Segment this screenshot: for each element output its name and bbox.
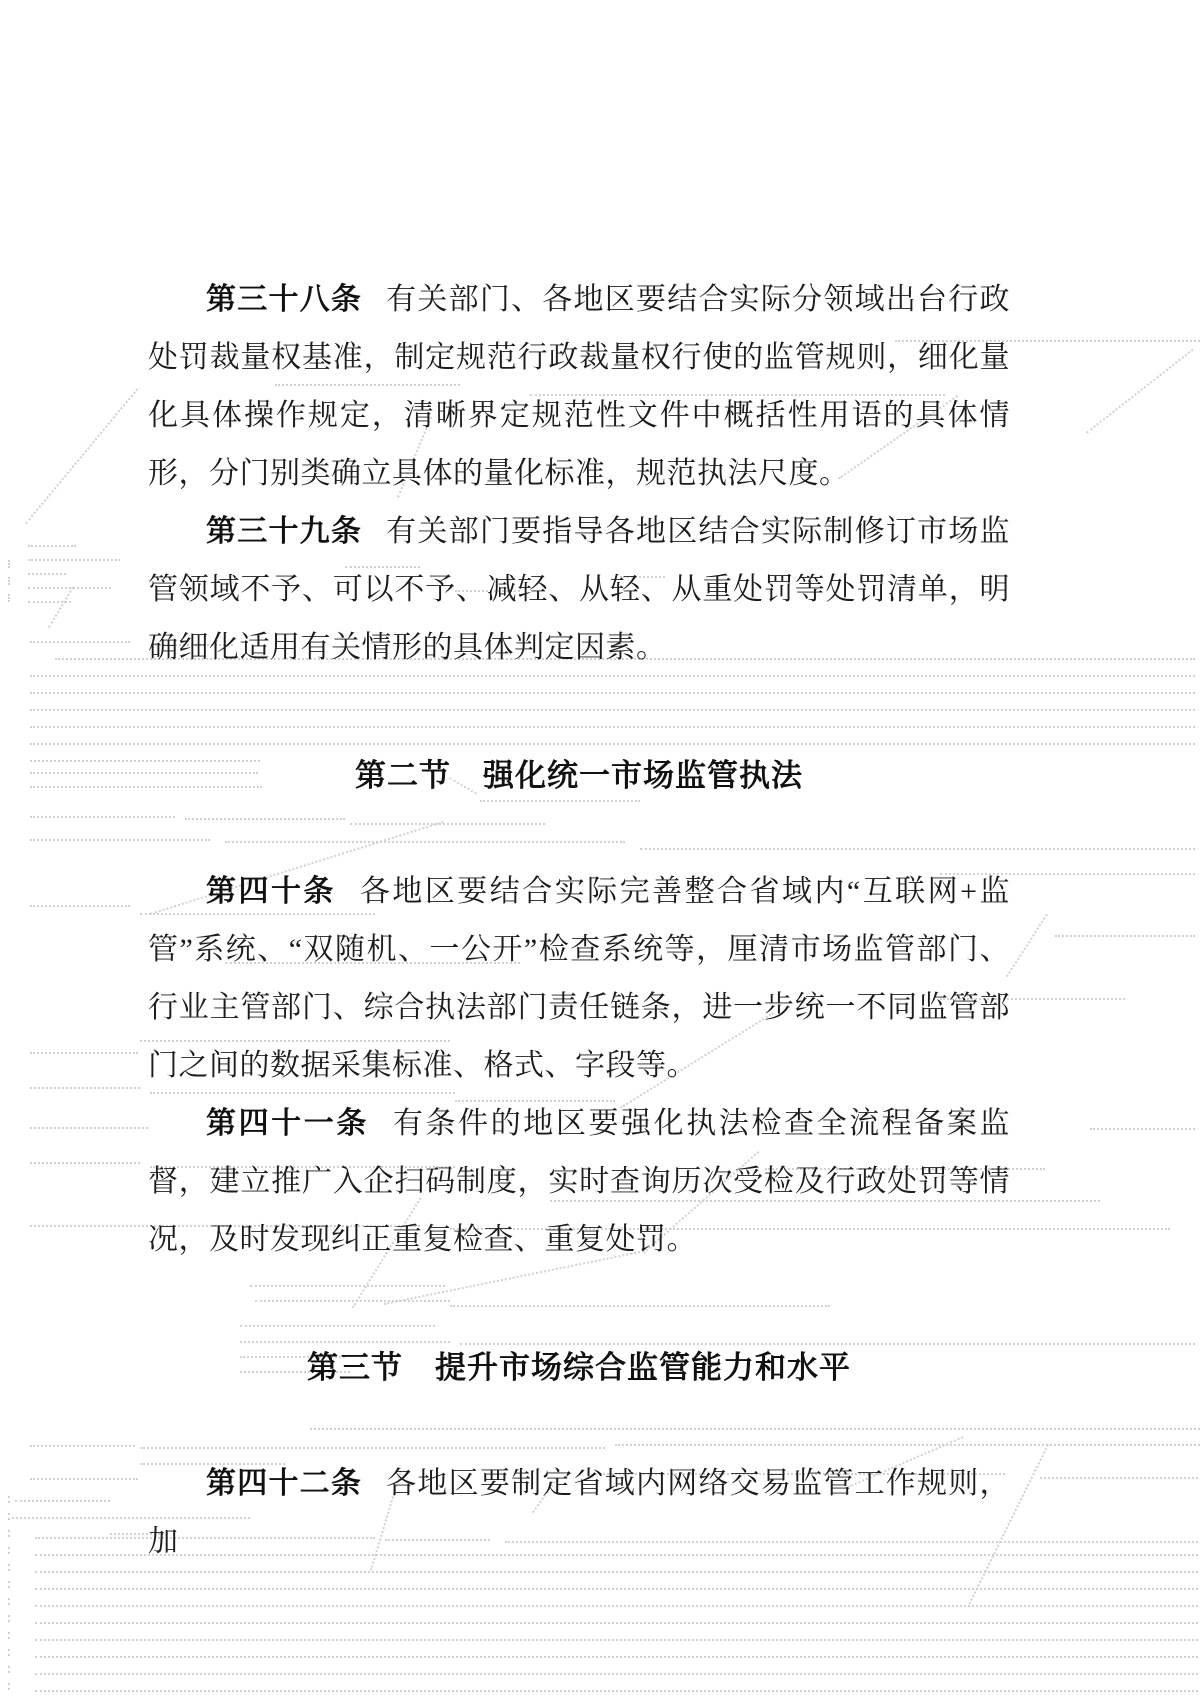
article-40-paragraph: 第四十条各地区要结合实际完善整合省域内“互联网+监管”系统、“双随机、一公开”检… [148, 863, 1010, 1095]
article-39-paragraph: 第三十九条有关部门要指导各地区结合实际制修订市场监管领域不予、可以不予、减轻、从… [148, 503, 1010, 677]
article-38-paragraph: 第三十八条有关部门、各地区要结合实际分领域出台行政处罚裁量权基准，制定规范行政裁… [148, 271, 1010, 503]
document-content: 第三十八条有关部门、各地区要结合实际分领域出台行政处罚裁量权基准，制定规范行政裁… [148, 271, 1010, 1571]
document-page: 第三十八条有关部门、各地区要结合实际分领域出台行政处罚裁量权基准，制定规范行政裁… [0, 0, 1200, 1697]
section-2-label: 第二节 [355, 758, 451, 793]
article-38-number: 第三十八条 [206, 283, 362, 316]
section-3-heading: 第三节提升市场综合监管能力和水平 [148, 1339, 1010, 1397]
section-2-heading: 第二节强化统一市场监管执法 [148, 747, 1010, 805]
article-39-number: 第三十九条 [206, 515, 362, 548]
article-40-number: 第四十条 [206, 875, 336, 908]
article-41-number: 第四十一条 [206, 1107, 369, 1140]
article-42-paragraph: 第四十二条各地区要制定省域内网络交易监管工作规则，加 [148, 1455, 1010, 1571]
section-3-title: 提升市场综合监管能力和水平 [435, 1350, 851, 1385]
article-41-paragraph: 第四十一条有条件的地区要强化执法检查全流程备案监督，建立推广入企扫码制度，实时查… [148, 1095, 1010, 1269]
article-42-number: 第四十二条 [206, 1467, 362, 1500]
section-3-label: 第三节 [307, 1350, 403, 1385]
section-2-title: 强化统一市场监管执法 [483, 758, 803, 793]
